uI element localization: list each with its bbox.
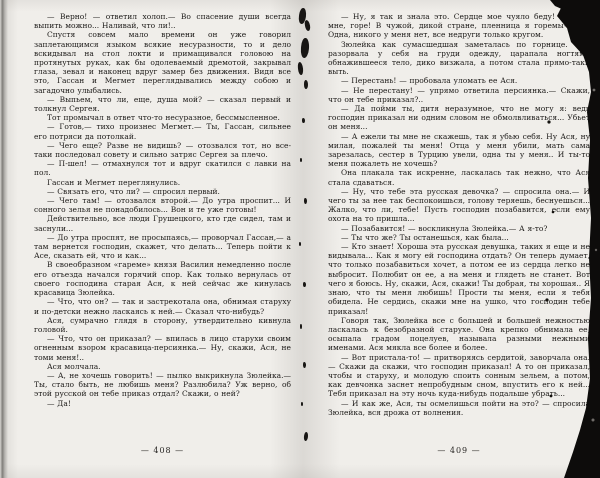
scan-right-edge: [540, 0, 600, 478]
book-scan: — Верно! — ответил холоп.— Во спасение д…: [0, 0, 600, 478]
paragraph: — Чего еще? Разве не видишь? — отозвался…: [34, 141, 291, 159]
paragraph: — П-шел! — отмахнулся тот и вдруг скатил…: [34, 159, 291, 177]
left-page: — Верно! — ответил холоп.— Во спасение д…: [34, 12, 291, 436]
paragraph: — До утра проспят, не просыпаясь,— прово…: [34, 233, 291, 261]
paragraph: Спустя совсем мало времени он уже говори…: [34, 30, 291, 94]
paragraph: — Что, что он? — так и застрекотала она,…: [34, 297, 291, 315]
left-page-text: — Верно! — ответил холоп.— Во спасение д…: [34, 12, 291, 436]
paragraph: — Готов,— тихо произнес Мегмет.— Ты, Гас…: [34, 122, 291, 140]
scan-left-edge: [0, 0, 8, 478]
paragraph: — Выпьем, что ли, еще, душа мой? — сказа…: [34, 95, 291, 113]
paragraph: — А, не хочешь говорить! — пылко выкрикн…: [34, 371, 291, 399]
paragraph: Гассан и Мегмет переглянулись.: [34, 178, 291, 187]
paragraph: Тот промычал в ответ что-то несуразное, …: [34, 113, 291, 122]
paragraph: — Связать его, что ли? — спросил первый.: [34, 187, 291, 196]
left-page-number: — 408 —: [34, 446, 291, 455]
paragraph: — Чего там! — отозвался второй.— До утра…: [34, 196, 291, 214]
paragraph: Ася, сумрачно глядя в сторону, утвердите…: [34, 316, 291, 334]
paragraph: В своеобразном «гареме» князя Василия не…: [34, 260, 291, 297]
paragraph: — Да!: [34, 399, 291, 408]
paragraph: — Что, что он приказал? — впилась в лицо…: [34, 334, 291, 362]
paragraph: Ася молчала.: [34, 362, 291, 371]
paragraph: — Верно! — ответил холоп.— Во спасение д…: [34, 12, 291, 30]
paragraph: Действительно, все люди Грушецкого, кто …: [34, 214, 291, 232]
